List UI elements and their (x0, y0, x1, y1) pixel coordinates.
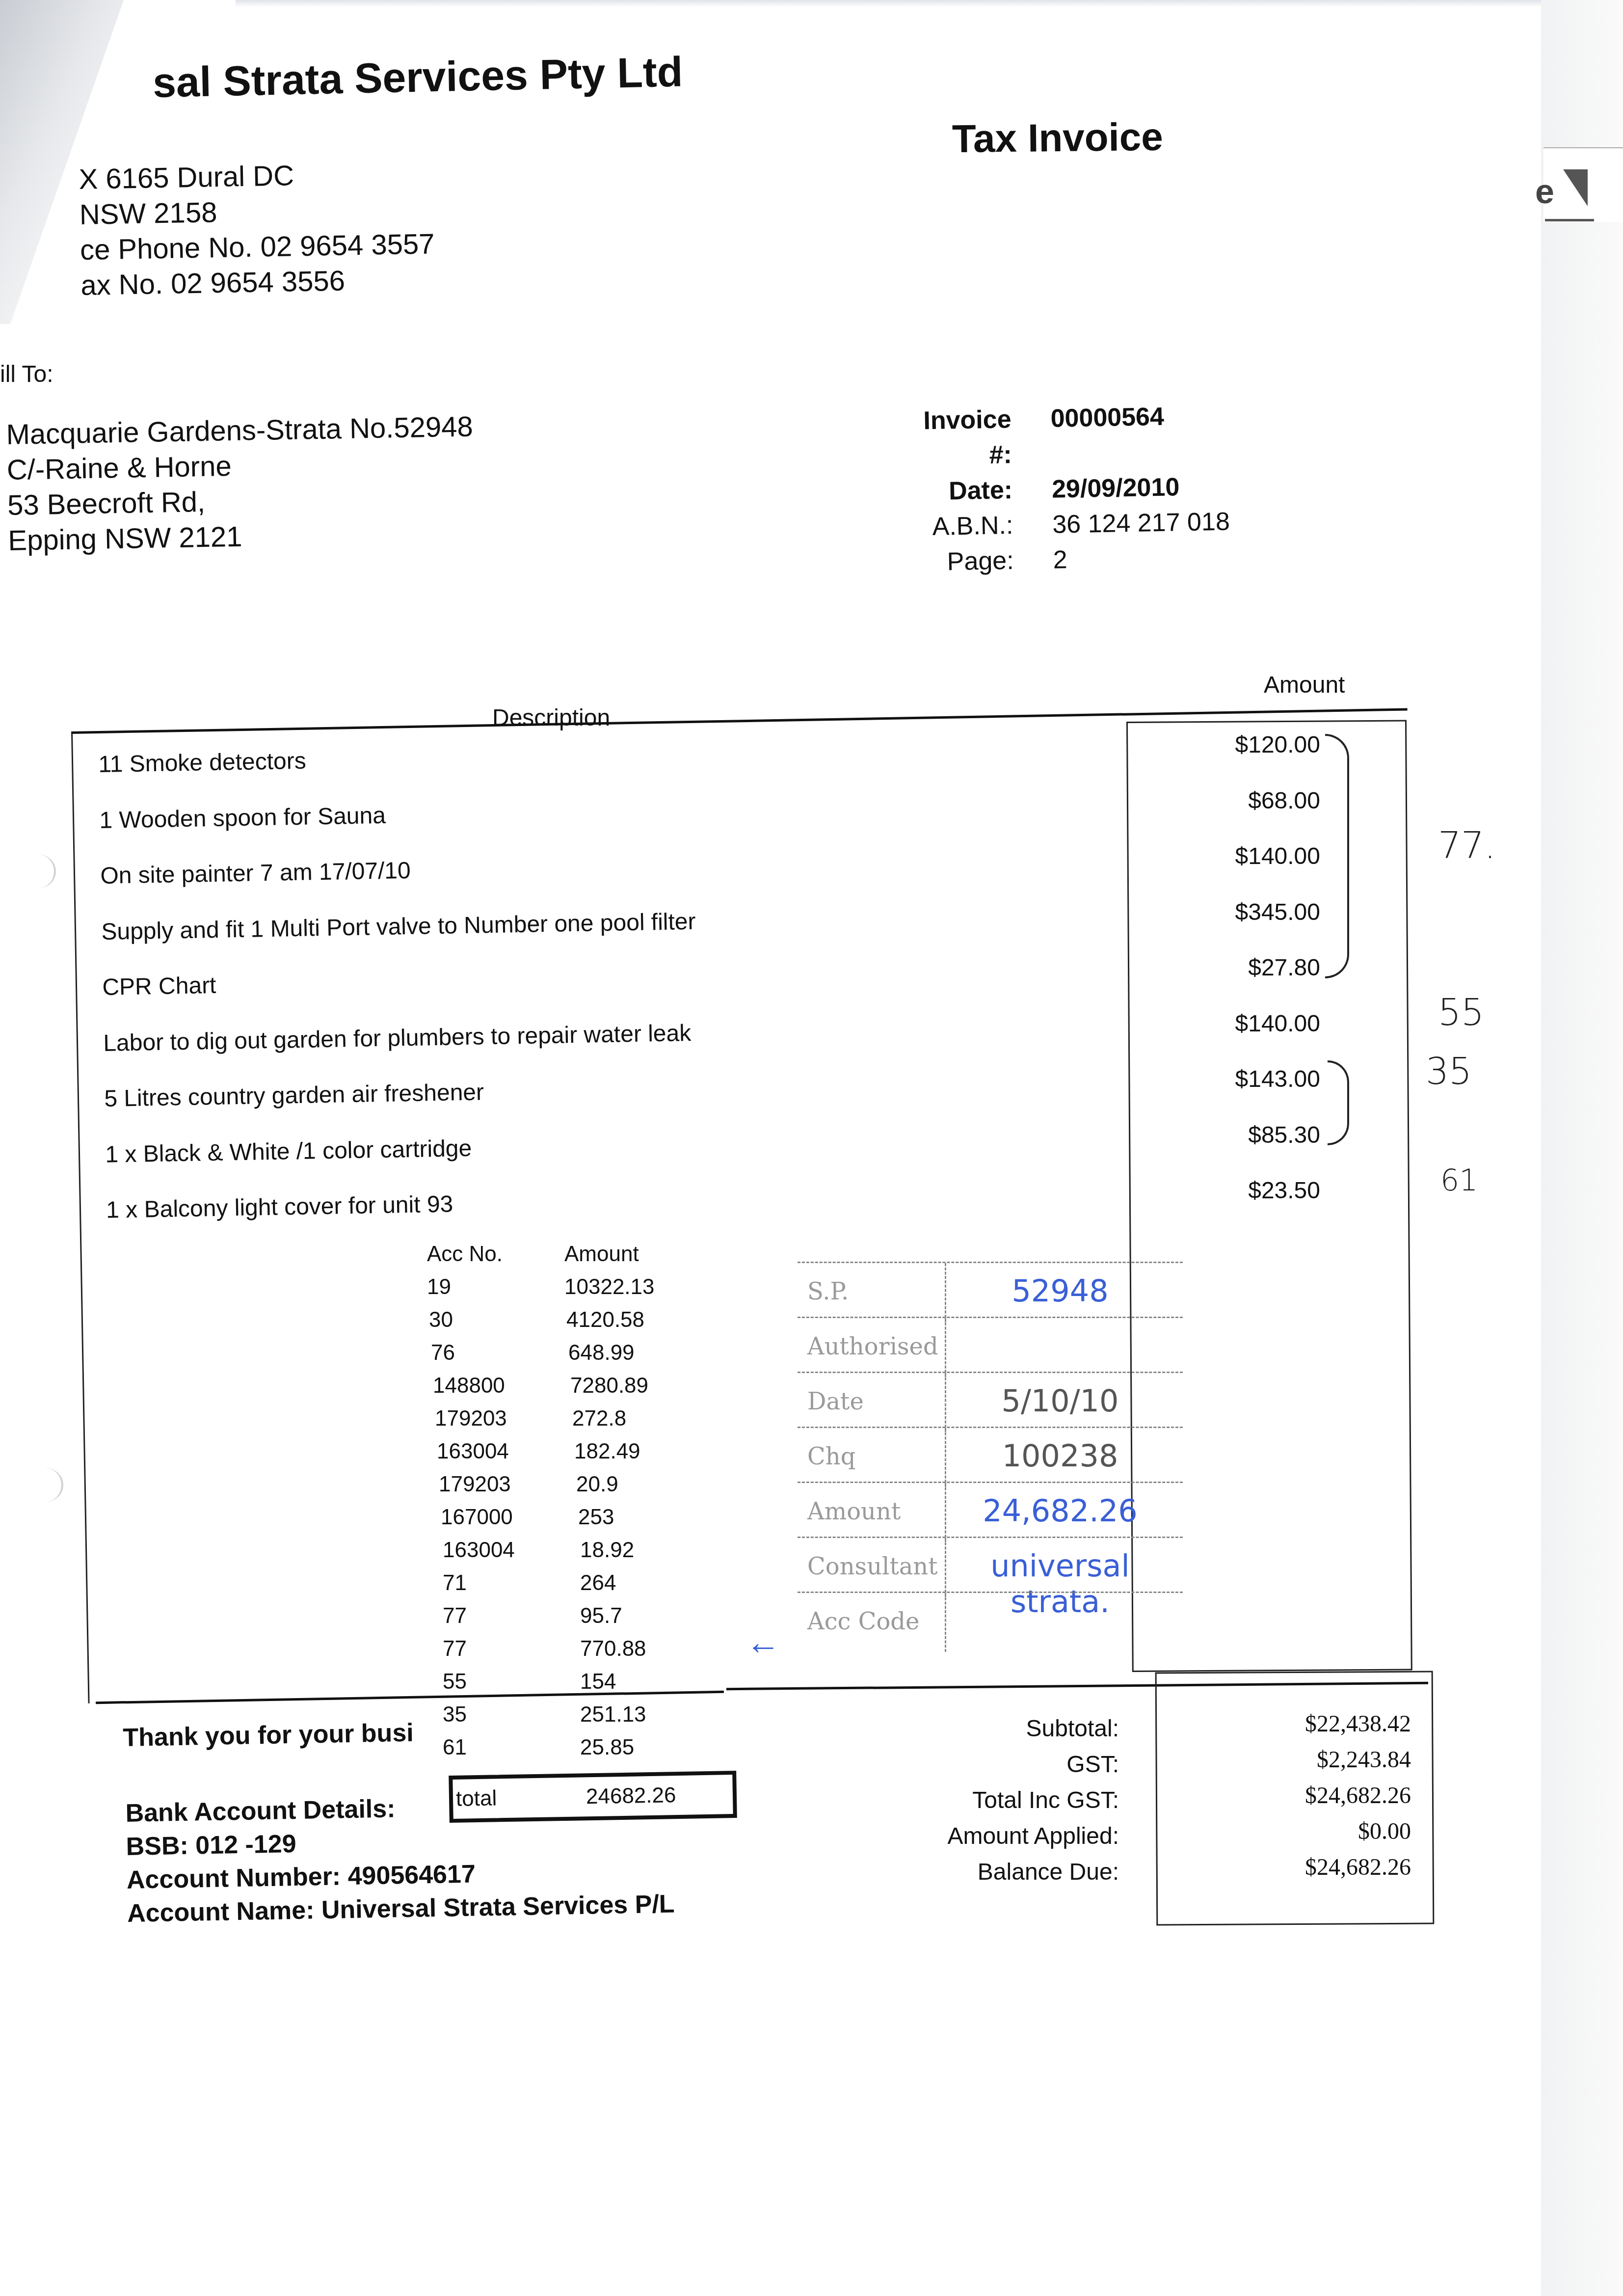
subtotal-value: $22,438.42 (1256, 1706, 1411, 1742)
acc-amount: 25.85 (580, 1735, 722, 1768)
scan-top-edge (236, 0, 1561, 7)
arrow-left-icon: ← (746, 1622, 780, 1662)
totals-labels: Subtotal: GST: Total Inc GST: Amount App… (918, 1711, 1119, 1890)
line-item-amount: $85.30 (1222, 1122, 1320, 1178)
approval-stamp: S.P.52948AuthorisedDate5/10/10Chq100238A… (798, 1262, 1183, 1654)
line-item-amount: $140.00 (1222, 1010, 1320, 1066)
line-item-description: 5 Litres country garden air freshener (104, 1075, 699, 1141)
acc-amount: 4120.58 (566, 1308, 709, 1341)
acc-number: 163004 (437, 1439, 574, 1472)
bank-details: Bank Account Details: BSB: 012 -129 Acco… (125, 1787, 675, 1930)
acc-amount: 770.88 (580, 1637, 722, 1670)
stamp-row: Amount24,682.26 (798, 1482, 1183, 1542)
balance-due-label: Balance Due: (918, 1854, 1119, 1890)
bill-to-line: Epping NSW 2121 (8, 515, 475, 559)
agency-logo-underline (1545, 219, 1594, 221)
acc-amount: 648.99 (568, 1341, 711, 1374)
acc-row: 71264 (427, 1571, 722, 1604)
acc-number: 163004 (443, 1538, 580, 1571)
acc-row: 35251.13 (427, 1702, 722, 1735)
acc-amount: 253 (578, 1505, 720, 1538)
acc-row: 1488007280.89 (427, 1374, 722, 1406)
abn-row: A.B.N.: 36 124 217 018 (905, 504, 1230, 545)
acc-row: 304120.58 (427, 1308, 722, 1341)
line-item-description: 1 Wooden spoon for Sauna (99, 796, 694, 863)
stamp-label: S.P. (807, 1278, 955, 1305)
phone-line: ce Phone No. 02 9654 3557 (80, 226, 435, 268)
acc-amount: 95.7 (580, 1604, 722, 1637)
acc-row: 7795.7 (427, 1604, 722, 1637)
subtotal-label: Subtotal: (918, 1711, 1119, 1747)
acc-row: 55154 (427, 1670, 722, 1702)
company-name: sal Strata Services Pty Ltd (152, 48, 683, 108)
acc-amount: 20.9 (576, 1472, 718, 1505)
stamp-label: Consultant (807, 1553, 955, 1580)
acc-amount: 10322.13 (564, 1275, 707, 1308)
acc-amount-header: Amount (564, 1242, 707, 1275)
agency-logo-icon (1563, 169, 1588, 206)
handwritten-note: 61 (1440, 1163, 1478, 1198)
acc-row: 77770.88 (427, 1637, 722, 1670)
stamp-label: Authorised (807, 1333, 955, 1360)
handwritten-note: 77. (1438, 825, 1496, 867)
stamp-row: Date5/10/10 (798, 1372, 1183, 1432)
bill-to-address: Macquarie Gardens-Strata No.52948 C/-Rai… (6, 409, 475, 559)
balance-due-value: $24,682.26 (1256, 1849, 1411, 1885)
invoice-date-row: Date: 29/09/2010 (905, 468, 1230, 510)
stamp-label: Chq (807, 1443, 955, 1470)
underlying-sheet-edge (1541, 0, 1623, 2296)
stamp-row: Chq100238 (798, 1427, 1183, 1487)
stamp-value: 5/10/10 (945, 1383, 1175, 1419)
bracket-icon (1328, 1060, 1349, 1145)
address-line: X 6165 Dural DC (79, 156, 434, 197)
stamp-label: Amount (807, 1498, 955, 1525)
handwritten-note: 35 (1426, 1051, 1472, 1093)
stamp-row: Consultantuniversal strata. (798, 1537, 1183, 1597)
stamp-row: S.P.52948 (798, 1262, 1183, 1322)
acc-no-header: Acc No. (427, 1242, 564, 1275)
company-address: X 6165 Dural DC NSW 2158 ce Phone No. 02… (79, 156, 435, 303)
totals-values: $22,438.42 $2,243.84 $24,682.26 $0.00 $2… (1256, 1706, 1411, 1885)
bill-to-label: ill To: (0, 361, 53, 388)
page-row: Page: 2 (905, 539, 1231, 580)
acc-number: 35 (443, 1702, 580, 1735)
abn-label: A.B.N.: (905, 507, 1053, 545)
gst-value: $2,243.84 (1256, 1742, 1411, 1778)
punch-hole-icon (27, 1468, 63, 1502)
invoice-number-label: Invoice #: (903, 401, 1051, 474)
fax-line: ax No. 02 9654 3556 (80, 262, 436, 303)
stamp-divider (945, 1318, 946, 1377)
total-inc-gst-label: Total Inc GST: (918, 1783, 1119, 1818)
acc-number: 179203 (439, 1472, 576, 1505)
stamp-label: Acc Code (807, 1608, 955, 1635)
abn-value: 36 124 217 018 (1052, 504, 1230, 542)
acc-number: 76 (431, 1341, 568, 1374)
invoice-date: 29/09/2010 (1051, 469, 1179, 507)
page-label: Page: (905, 542, 1053, 580)
acc-row: 1910322.13 (427, 1275, 722, 1308)
acc-header-row: Acc No. Amount (427, 1242, 722, 1275)
acc-number: 148800 (433, 1374, 570, 1406)
line-item-amount: $23.50 (1222, 1177, 1320, 1233)
acc-row: 16300418.92 (427, 1538, 722, 1571)
line-item-description: Supply and fit 1 Multi Port valve to Num… (101, 908, 696, 974)
line-item-amounts: $120.00$68.00$140.00$345.00$27.80$140.00… (1222, 731, 1320, 1233)
gst-label: GST: (918, 1747, 1119, 1783)
agency-logo-letter: e (1535, 172, 1554, 211)
acc-row: 163004182.49 (427, 1439, 722, 1472)
punch-hole-icon (20, 854, 56, 889)
acc-row: 6125.85 (427, 1735, 722, 1768)
invoice-number-row: Invoice #: 00000564 (903, 398, 1229, 474)
stamp-divider (945, 1593, 946, 1652)
acc-row: 167000253 (427, 1505, 722, 1538)
page-number: 2 (1053, 542, 1067, 577)
invoice-meta: Invoice #: 00000564 Date: 29/09/2010 A.B… (903, 398, 1231, 580)
acc-amount: 264 (580, 1571, 722, 1604)
acc-amount: 272.8 (572, 1406, 715, 1439)
acc-number: 167000 (441, 1505, 578, 1538)
stamp-row: Acc Code (798, 1592, 1183, 1652)
address-line: NSW 2158 (79, 191, 434, 233)
total-inc-gst-value: $24,682.26 (1256, 1778, 1411, 1813)
acc-number: 30 (429, 1308, 566, 1341)
amount-header: Amount (1264, 672, 1345, 699)
acc-row: 179203272.8 (427, 1406, 722, 1439)
line-item-amount: $27.80 (1222, 954, 1320, 1010)
invoice-date-label: Date: (905, 472, 1052, 510)
line-item-description: Labor to dig out garden for plumbers to … (103, 1019, 698, 1085)
stamp-value: 24,682.26 (945, 1493, 1175, 1529)
handwritten-note: 55 (1438, 992, 1484, 1034)
acc-number: 71 (443, 1571, 580, 1604)
line-item-amount: $345.00 (1222, 899, 1320, 955)
line-item-description: CPR Chart (102, 964, 697, 1030)
acc-number: 77 (443, 1604, 580, 1637)
line-item-amount: $68.00 (1222, 787, 1320, 843)
invoice-number: 00000564 (1050, 399, 1165, 472)
line-item-description: 1 x Black & White /1 color cartridge (105, 1131, 700, 1197)
stamp-value: 100238 (945, 1438, 1175, 1474)
line-item-descriptions: 11 Smoke detectors1 Wooden spoon for Sau… (98, 741, 701, 1252)
acc-number: 179203 (435, 1406, 572, 1439)
amount-applied-value: $0.00 (1256, 1813, 1411, 1849)
stamp-value: 52948 (945, 1273, 1175, 1309)
line-item-amount: $143.00 (1222, 1066, 1320, 1122)
bracket-icon (1325, 734, 1349, 978)
line-item-amount: $120.00 (1222, 731, 1320, 787)
amount-applied-label: Amount Applied: (918, 1818, 1119, 1854)
acc-number: 61 (443, 1735, 580, 1768)
acc-row: 76648.99 (427, 1341, 722, 1374)
line-item-amount: $140.00 (1222, 843, 1320, 899)
acc-amount: 7280.89 (570, 1374, 713, 1406)
thank-you-text: Thank you for your busi (123, 1718, 414, 1753)
line-item-description: 11 Smoke detectors (98, 741, 693, 807)
acc-number: 77 (443, 1637, 580, 1670)
document-title: Tax Invoice (952, 114, 1164, 162)
account-allocation-table: Acc No. Amount 1910322.13304120.5876648.… (427, 1242, 722, 1768)
acc-row: 17920320.9 (427, 1472, 722, 1505)
acc-amount: 251.13 (580, 1702, 722, 1735)
line-item-description: On site painter 7 am 17/07/10 (100, 852, 695, 918)
acc-number: 19 (427, 1275, 564, 1308)
acc-amount: 154 (580, 1670, 722, 1702)
acc-amount: 182.49 (574, 1439, 717, 1472)
acc-amount: 18.92 (580, 1538, 722, 1571)
stamp-row: Authorised (798, 1317, 1183, 1377)
stamp-label: Date (807, 1388, 955, 1415)
